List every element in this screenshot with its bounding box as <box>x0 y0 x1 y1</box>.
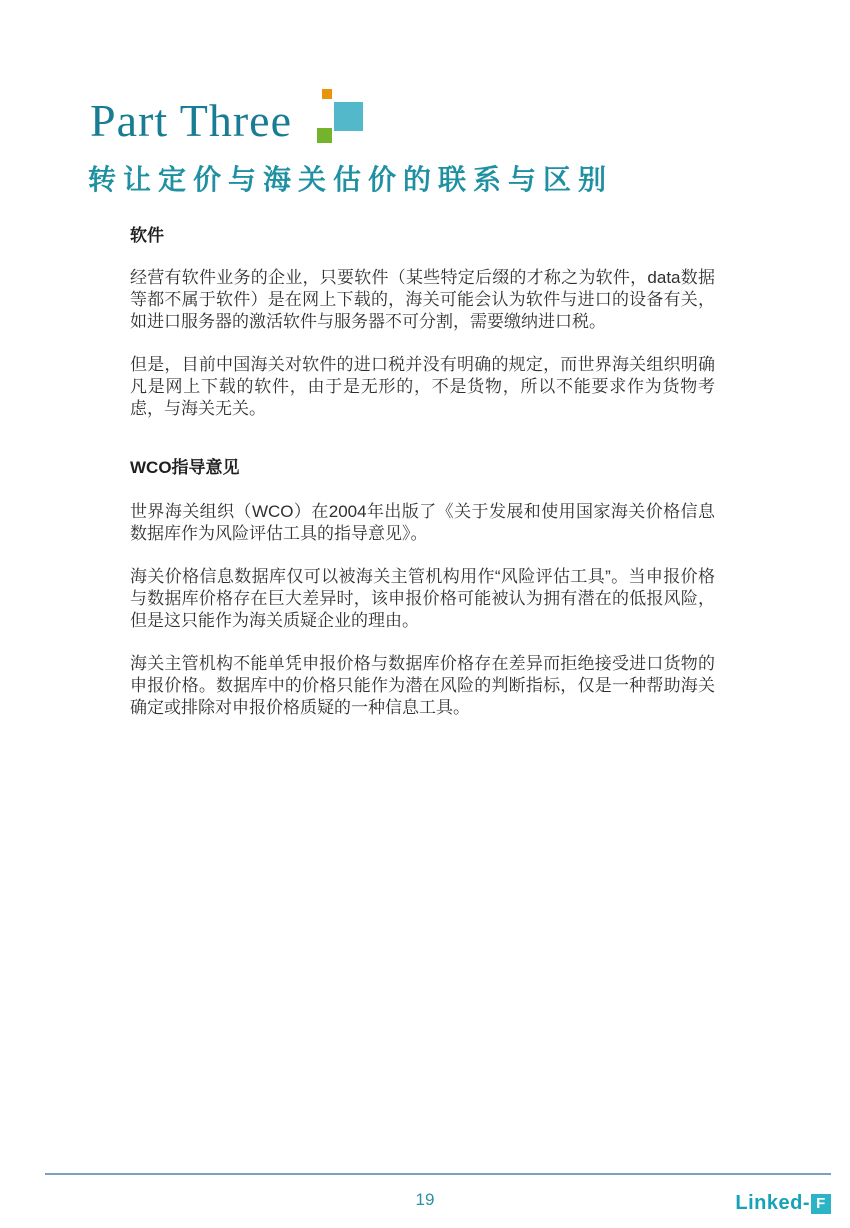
paragraph-wco-2: 海关价格信息数据库仅可以被海关主管机构用作“风险评估工具”。当申报价格与数据库价… <box>130 566 715 632</box>
section-heading-wco-guidance: WCO指导意见 <box>130 457 715 479</box>
brand-logo-letter-badge: F <box>811 1194 831 1214</box>
squares-logo-icon <box>316 88 366 144</box>
paragraph-wco-1: 世界海关组织（WCO）在2004年出版了《关于发展和使用国家海关价格信息数据库作… <box>130 501 715 545</box>
square-orange-icon <box>322 89 332 99</box>
square-green-icon <box>317 128 332 143</box>
chapter-title: 转让定价与海关估价的联系与区别 <box>88 158 613 198</box>
part-title: Part Three <box>90 96 292 147</box>
brand-logo: Linked- F <box>735 1192 831 1215</box>
brand-logo-text: Linked- <box>735 1192 810 1215</box>
page-number: 19 <box>416 1190 435 1210</box>
paragraph-software-2: 但是，目前中国海关对软件的进口税并没有明确的规定，而世界海关组织明确凡是网上下载… <box>130 354 715 420</box>
square-teal-icon <box>334 102 363 131</box>
body-content: 软件 经营有软件业务的企业，只要软件（某些特定后缀的才称之为软件，data数据等… <box>130 225 715 740</box>
paragraph-wco-3: 海关主管机构不能单凭申报价格与数据库价格存在差异而拒绝接受进口货物的申报价格。数… <box>130 653 715 719</box>
document-page: Part Three 转让定价与海关估价的联系与区别 软件 经营有软件业务的企业… <box>0 0 850 1228</box>
paragraph-software-1: 经营有软件业务的企业，只要软件（某些特定后缀的才称之为软件，data数据等都不属… <box>130 267 715 333</box>
section-heading-software: 软件 <box>130 225 715 247</box>
footer-rule <box>45 1173 831 1175</box>
